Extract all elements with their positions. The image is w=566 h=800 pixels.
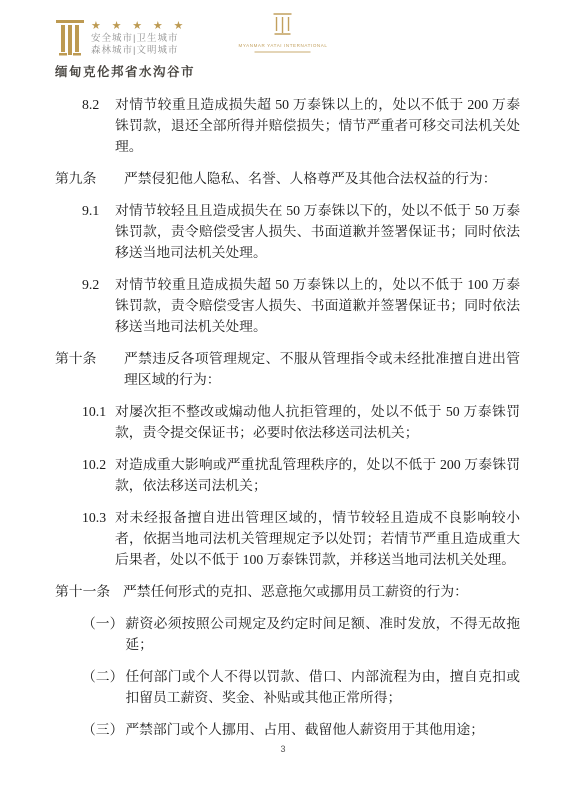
item-number: 10.3 [82, 507, 115, 570]
item-text: 对屡次拒不整改或煽动他人抗拒管理的，处以不低于 50 万泰铢罚款，责令提交保证书… [115, 401, 520, 443]
company-logo-name: MYANMAR YATAI INTERNATIONAL [239, 43, 328, 49]
document-body: 8.2对情节较重且造成损失超 50 万泰铢以上的，处以不低于 200 万泰铢罚款… [55, 94, 520, 740]
item-text: 严禁侵犯他人隐私、名誉、人格尊严及其他合法权益的行为： [124, 168, 520, 189]
page-number: 3 [0, 744, 566, 754]
item-text: 对情节较重且造成损失超 50 万泰铢以上的，处以不低于 200 万泰铢罚款，退还… [115, 94, 520, 157]
item-number: （三） [82, 719, 123, 740]
item-number: 8.2 [82, 94, 115, 157]
city-logo: ★ ★ ★ ★ ★ 安全城市|卫生城市 森林城市|文明城市 缅甸克伦邦省水沟谷市 [55, 20, 195, 80]
clause-item: 10.3对未经报备擅自进出管理区域的，情节较轻且造成不良影响较小者，依据当地司法… [55, 507, 520, 570]
clause-item: 10.1对屡次拒不整改或煽动他人抗拒管理的，处以不低于 50 万泰铢罚款，责令提… [55, 401, 520, 443]
city-logo-line1: 安全城市|卫生城市 [91, 33, 187, 45]
clause-item: 8.2对情节较重且造成损失超 50 万泰铢以上的，处以不低于 200 万泰铢罚款… [55, 94, 520, 157]
item-number: （二） [82, 666, 123, 708]
item-number: 10.1 [82, 401, 115, 443]
clause-item: 9.2对情节较重且造成损失超 50 万泰铢以上的，处以不低于 100 万泰铢罚款… [55, 274, 520, 337]
item-number: 10.2 [82, 454, 115, 496]
item-text: 严禁任何形式的克扣、恶意拖欠或挪用员工薪资的行为： [123, 581, 520, 602]
article-heading: 第十条严禁违反各项管理规定、不服从管理指令或未经批准擅自进出管理区域的行为： [55, 348, 520, 390]
clause-item: （一）薪资必须按照公司规定及约定时间足额、准时发放，不得无故拖延； [55, 613, 520, 655]
yatai-emblem-icon [272, 12, 294, 36]
five-stars-icon: ★ ★ ★ ★ ★ [91, 20, 187, 33]
article-heading: 第十一条严禁任何形式的克扣、恶意拖欠或挪用员工薪资的行为： [55, 581, 520, 602]
company-logo-subline [255, 51, 311, 53]
clause-item: （三）严禁部门或个人挪用、占用、截留他人薪资用于其他用途； [55, 719, 520, 740]
item-number: 9.1 [82, 200, 115, 263]
company-logo: MYANMAR YATAI INTERNATIONAL [239, 12, 328, 53]
article-heading: 第九条严禁侵犯他人隐私、名誉、人格尊严及其他合法权益的行为： [55, 168, 520, 189]
city-logo-line2: 森林城市|文明城市 [91, 45, 187, 57]
item-text: 对造成重大影响或严重扰乱管理秩序的，处以不低于 200 万泰铢罚款，依法移送司法… [115, 454, 520, 496]
item-text: 对情节较轻且且造成损失在 50 万泰铢以下的，处以不低于 50 万泰铢罚款，责令… [115, 200, 520, 263]
clause-item: （二）任何部门或个人不得以罚款、借口、内部流程为由，擅自克扣或扣留员工薪资、奖金… [55, 666, 520, 708]
clause-item: 9.1对情节较轻且且造成损失在 50 万泰铢以下的，处以不低于 50 万泰铢罚款… [55, 200, 520, 263]
document-page: ★ ★ ★ ★ ★ 安全城市|卫生城市 森林城市|文明城市 缅甸克伦邦省水沟谷市… [0, 0, 566, 800]
item-text: 严禁部门或个人挪用、占用、截留他人薪资用于其他用途； [125, 719, 520, 740]
item-number: 第十一条 [55, 581, 115, 602]
item-number: （一） [82, 613, 123, 655]
item-number: 第十条 [55, 348, 111, 390]
item-number: 第九条 [55, 168, 111, 189]
clause-item: 10.2对造成重大影响或严重扰乱管理秩序的，处以不低于 200 万泰铢罚款，依法… [55, 454, 520, 496]
item-text: 对情节较重且造成损失超 50 万泰铢以上的，处以不低于 100 万泰铢罚款，责令… [115, 274, 520, 337]
city-logo-name: 缅甸克伦邦省水沟谷市 [55, 62, 195, 80]
pillar-emblem-icon [55, 20, 85, 60]
item-text: 薪资必须按照公司规定及约定时间足额、准时发放，不得无故拖延； [125, 613, 520, 655]
item-text: 任何部门或个人不得以罚款、借口、内部流程为由，擅自克扣或扣留员工薪资、奖金、补贴… [125, 666, 520, 708]
page-header: ★ ★ ★ ★ ★ 安全城市|卫生城市 森林城市|文明城市 缅甸克伦邦省水沟谷市… [0, 0, 566, 88]
item-number: 9.2 [82, 274, 115, 337]
item-text: 严禁违反各项管理规定、不服从管理指令或未经批准擅自进出管理区域的行为： [124, 348, 520, 390]
item-text: 对未经报备擅自进出管理区域的，情节较轻且造成不良影响较小者，依据当地司法机关管理… [115, 507, 520, 570]
